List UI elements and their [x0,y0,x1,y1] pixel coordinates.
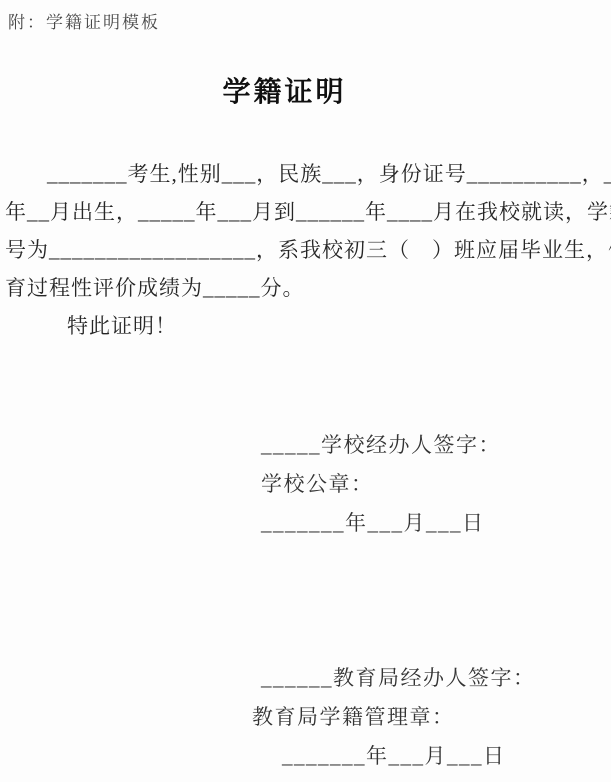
bureau-signer-line: ______教育局经办人签字： [261,659,536,698]
closing-statement: 特此证明！ [67,307,608,345]
certificate-body: _______考生,性别___，民族___，身份证号__________，___… [5,155,608,345]
body-line-1: _______考生,性别___，民族___，身份证号__________，___ [5,155,608,193]
school-seal-line: 学校公章： [261,465,501,504]
body-line-2: 年__月出生，_____年___月到______年____月在我校就读，学籍 [5,193,608,231]
certificate-page: 附：学籍证明模板 学籍证明 _______考生,性别___，民族___，身份证号… [0,0,611,782]
attachment-label: 附：学籍证明模板 [8,8,160,33]
school-date-line: _______年___月___日 [261,504,501,543]
page-title: 学籍证明 [0,70,611,110]
school-signer-line: _____学校经办人签字： [261,426,501,465]
body-line-3: 号为__________________，系我校初三（ ）班应届毕业生，体 [5,231,608,269]
bureau-signature-block: ______教育局经办人签字： 教育局学籍管理章： _______年___月__… [252,659,536,776]
body-line-4: 育过程性评价成绩为_____分。 [5,269,608,307]
bureau-seal-line: 教育局学籍管理章： [252,698,536,737]
bureau-date-line: _______年___月___日 [282,737,536,776]
school-signature-block: _____学校经办人签字： 学校公章： _______年___月___日 [261,426,501,543]
